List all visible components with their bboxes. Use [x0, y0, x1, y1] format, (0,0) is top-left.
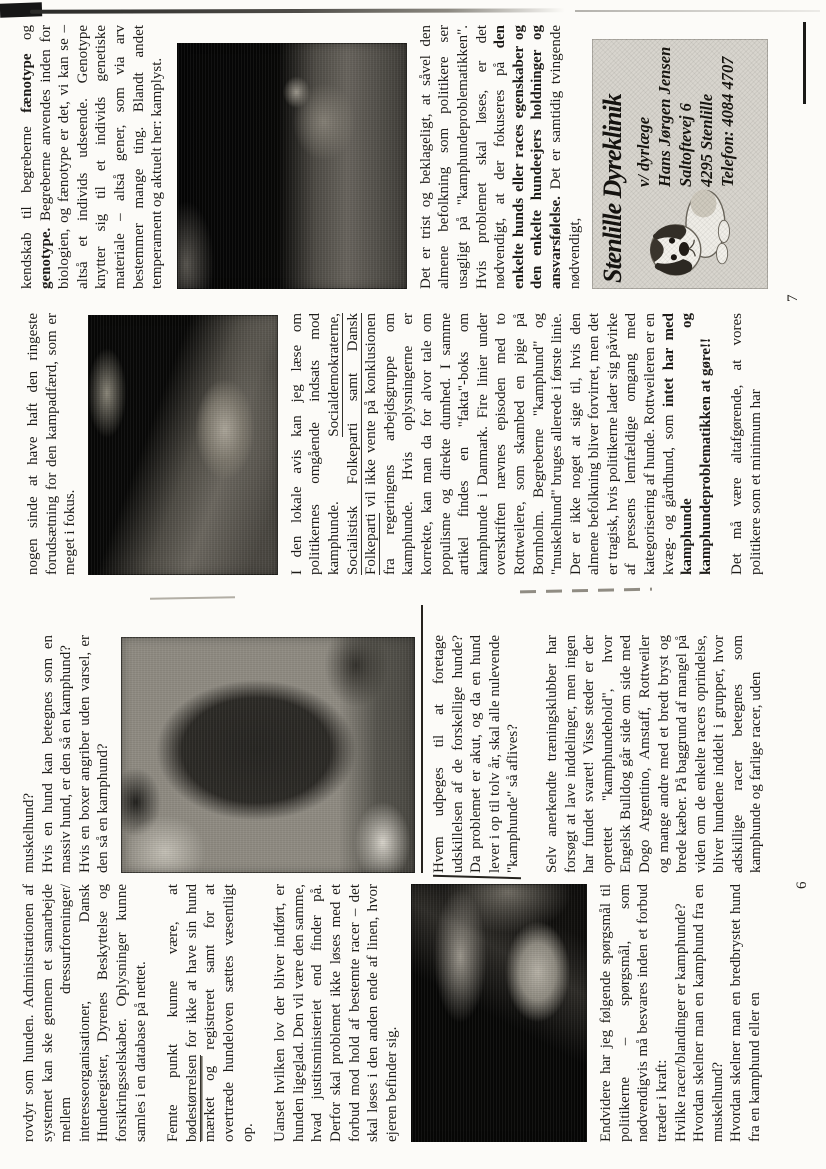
question-line: Hvis en boxer angriber uden varsel, er d…	[76, 635, 113, 873]
text-run: Femte punkt kunne være, at	[165, 884, 181, 1142]
paragraph-hvem-udpeges: Hvem udpeges til at foretage udskillelse…	[430, 635, 523, 873]
page7-right-column: kendskab til begreberne fænotype og geno…	[18, 25, 768, 289]
photo-puppies	[411, 884, 587, 1142]
question-line: Hvis en hund kan betegnes som en massiv …	[39, 635, 76, 873]
page-number-7: 7	[785, 295, 802, 303]
question-line: Hvordan skelner man en bredbrystet hund …	[727, 884, 764, 1142]
page6-right-column: muskelhund? Hvis en hund kan betegnes so…	[20, 635, 766, 873]
ad-contact-line: Telefon: 4084 4707	[717, 47, 738, 187]
paragraph-femte: Femte punkt kunne være, at bødestørrelse…	[164, 884, 257, 1142]
pen-underlined-run: Socialdemokraterne,	[326, 313, 343, 437]
paragraph-det-er-trist: Det er trist og beklageligt, at såvel de…	[417, 25, 584, 289]
paragraph-endvidere: Endvidere har jeg følgende spørgsmål til…	[597, 884, 671, 1142]
pen-rule-vertical	[433, 875, 521, 879]
text-run: vil ikke vente på konklusionen fra reger…	[363, 313, 677, 575]
advert-stenlille-dyreklinik: Stenlille Dyreklinik	[592, 39, 768, 289]
photo-dog-lying	[88, 315, 278, 575]
text-run: Det er trist og beklageligt, at såvel de…	[418, 25, 508, 289]
scanned-magazine-spread: rovdyr som hunden. Administrationen af s…	[0, 0, 826, 1169]
rotated-spread: rovdyr som hunden. Administrationen af s…	[0, 0, 826, 1169]
paragraph-uanset: Uanset hvilken lov der bliver indført, e…	[271, 884, 401, 1142]
question-line: Hvordan skelner man en kamphund fra en m…	[690, 884, 727, 1142]
text-run: kendskab til begreberne	[19, 113, 35, 289]
text-run: og	[19, 25, 35, 54]
paragraph-selv-anerkendte: Selv anerkendte træningsklubber har fors…	[543, 635, 766, 873]
page-7: nogen sinde at have haft den ringeste fo…	[0, 0, 826, 585]
ad-body: v/ dyrlæge Hans Jørgen Jensen Saltofteve…	[629, 39, 738, 289]
page-6: rovdyr som hunden. Administrationen af s…	[0, 585, 826, 1169]
bold-run: genotype.	[38, 228, 54, 289]
page-number-6: 6	[794, 882, 811, 890]
ad-contact-line: Saltoftevej 6	[675, 47, 696, 187]
ad-contact-lines: v/ dyrlæge Hans Jørgen Jensen Saltofteve…	[629, 47, 738, 187]
word-fragment-muskelhund: muskelhund?	[20, 635, 39, 873]
hvem-udpeges-box: Hvem udpeges til at foretage udskillelse…	[421, 605, 523, 873]
ad-dog-illustration	[637, 185, 733, 287]
ad-title: Stenlille Dyreklinik	[592, 39, 629, 289]
text-run: Begreberne anvendes inden for biologien,…	[38, 25, 166, 289]
ad-contact-line: Hans Jørgen Jensen	[654, 47, 675, 187]
paragraph-det-maa: Det må være altafgørende, at vores polit…	[728, 313, 765, 575]
ad-contact-line: 4295 Stenlille	[696, 47, 717, 187]
paragraph-nogen-sinde: nogen sinde at have haft den ringeste fo…	[24, 313, 80, 575]
pen-underlined-run: bødestørrelsen	[184, 1055, 201, 1142]
paragraph-rovdyr: rovdyr som hunden. Administrationen af s…	[20, 884, 150, 1142]
bold-run: fænotype	[19, 54, 35, 113]
page6-left-column: rovdyr som hunden. Administrationen af s…	[20, 884, 765, 1142]
photo-standing-dog	[121, 637, 415, 873]
photo-dog-dark	[177, 43, 407, 289]
question-line: Hvilke racer/​blandinger er kamphunde?	[672, 884, 691, 1142]
paragraph-kendskab: kendskab til begreberne fænotype og geno…	[18, 25, 167, 289]
ad-contact-line: v/ dyrlæge	[633, 47, 654, 187]
page7-left-column: nogen sinde at have haft den ringeste fo…	[24, 313, 766, 575]
paragraph-lokale-avis: I den lokale avis kan jeg læse om politi…	[288, 313, 716, 575]
